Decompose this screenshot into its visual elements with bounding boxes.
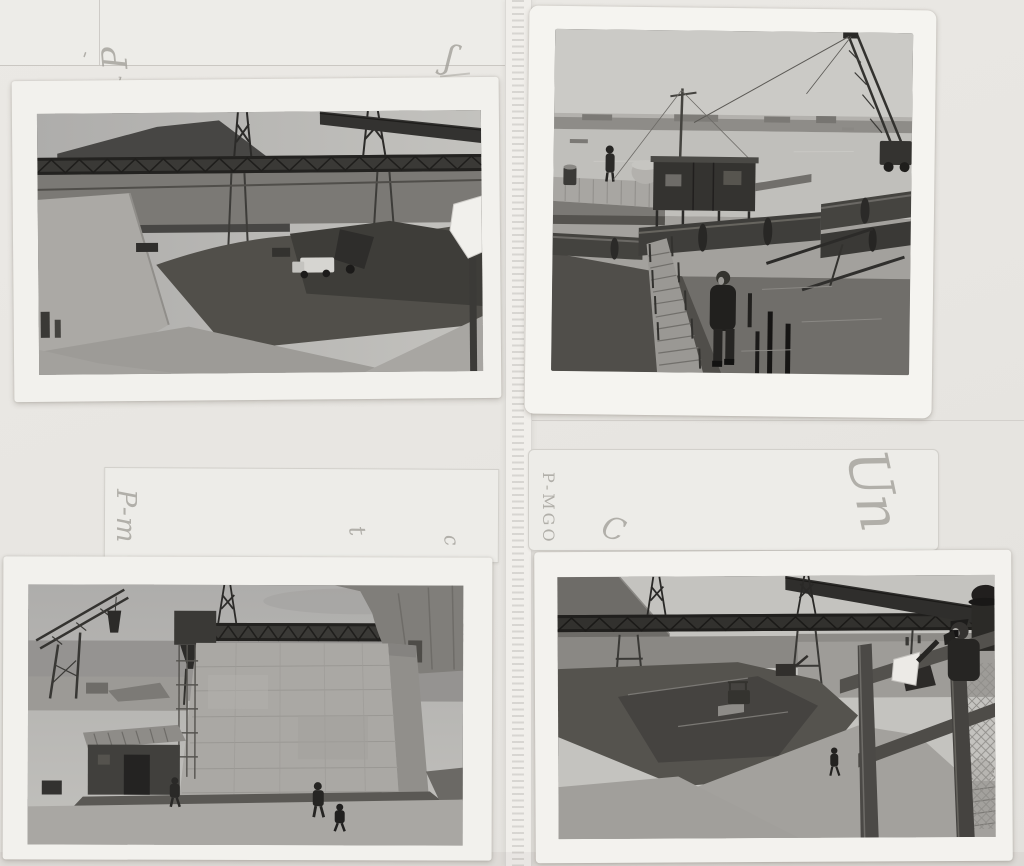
distant-structure xyxy=(86,683,108,694)
album-scan: P - ı ʃ P-m t c P-MGO C Un xyxy=(0,0,1024,866)
conveyor-truss xyxy=(558,613,995,632)
haul-road xyxy=(28,798,463,845)
crate xyxy=(42,780,62,794)
photo-bottom-left-image xyxy=(28,584,464,845)
foreground-pole xyxy=(469,258,477,371)
album-page-edge-right xyxy=(532,420,1024,421)
retaining-wall xyxy=(558,636,803,669)
left-post-2 xyxy=(55,320,61,338)
site-shed xyxy=(83,725,186,795)
river-dock-scene xyxy=(551,29,913,375)
parked-vehicle xyxy=(136,243,158,252)
barrel xyxy=(563,164,576,185)
photo-bottom-right-image xyxy=(557,575,995,839)
photo-top-right-image xyxy=(551,29,913,375)
album-page-edge-vertical xyxy=(99,0,100,65)
photo-top-left xyxy=(12,77,502,402)
boat-2 xyxy=(842,127,854,130)
construction-scene-dam-trucks xyxy=(37,110,483,375)
photo-back-card-bottom-left xyxy=(104,467,499,563)
boat xyxy=(570,139,588,143)
board-formed-pier xyxy=(178,643,430,814)
binding-strip-perforations xyxy=(512,0,524,866)
album-page-edge-top xyxy=(0,0,507,66)
photo-top-right xyxy=(525,6,937,419)
photo-back-card-bottom-right xyxy=(528,449,939,551)
photo-bottom-right xyxy=(534,550,1013,863)
left-post xyxy=(41,312,50,338)
photo-top-left-image xyxy=(37,110,483,375)
spectators-fence-scene xyxy=(557,575,995,839)
photo-bottom-left xyxy=(3,556,493,860)
concrete-pier-scene xyxy=(28,584,464,845)
